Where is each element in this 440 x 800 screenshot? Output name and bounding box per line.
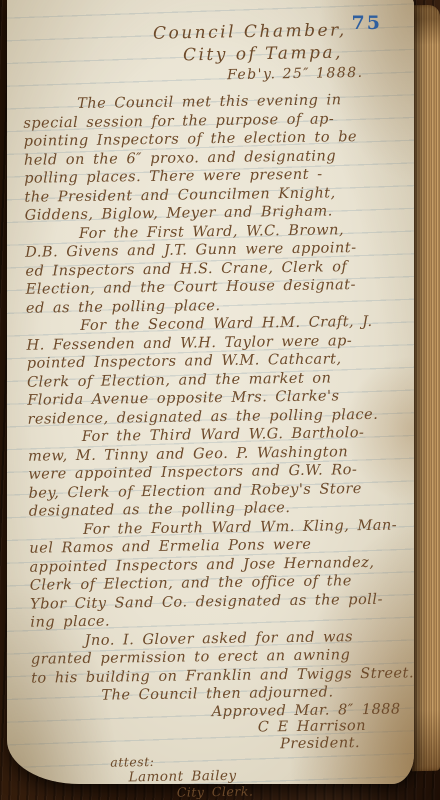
photo-background: 75 Council Chamber, City of Tampa, Feb'y…	[0, 0, 440, 800]
page-number: 75	[352, 12, 382, 34]
ledger-page: 75 Council Chamber, City of Tampa, Feb'y…	[7, 0, 414, 784]
manuscript-body: The Council met this evening inspecial s…	[21, 90, 427, 800]
heading-date: Feb'y. 25″ 1888.	[227, 65, 364, 83]
heading-chamber: Council Chamber,	[153, 20, 347, 43]
heading-city: City of Tampa,	[183, 43, 343, 66]
